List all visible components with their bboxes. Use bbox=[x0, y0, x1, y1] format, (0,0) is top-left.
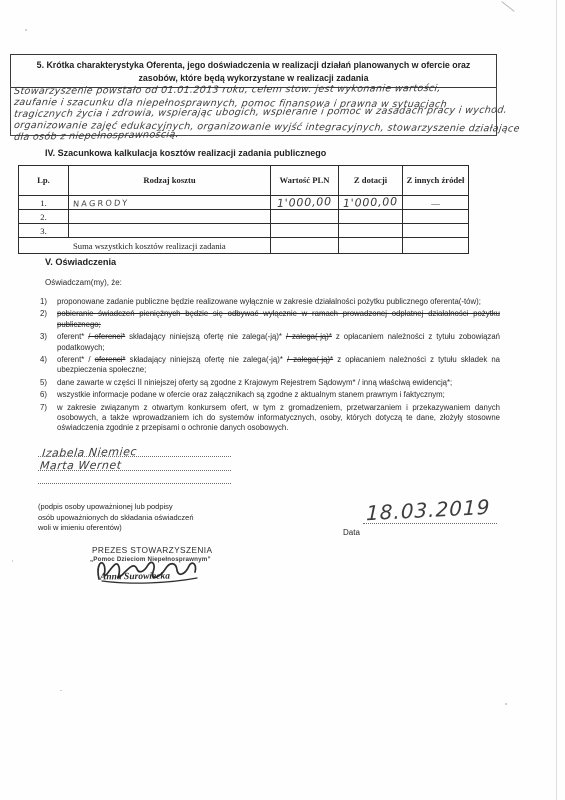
caption-line: (podpis osoby upoważnionej lub podpisy bbox=[38, 502, 194, 513]
handwritten-amount: 1'000,00 bbox=[277, 195, 332, 210]
row1-other: — bbox=[403, 196, 469, 210]
item-text: oferent* / oferenci* składający niniejsz… bbox=[57, 332, 500, 353]
declarations-list: 1) proponowane zadanie publiczne będzie … bbox=[40, 297, 500, 436]
declaration-item: 4) oferent* / oferenci* składający ninie… bbox=[40, 355, 500, 376]
table-sum-row: Suma wszystkich kosztów realizacji zadan… bbox=[19, 238, 469, 254]
section5-declarations-title: V. Oświadczenia bbox=[45, 257, 116, 267]
row3-grant bbox=[339, 224, 403, 238]
item-number: 3) bbox=[40, 332, 57, 353]
section4-title: IV. Szacunkowa kalkulacja kosztów realiz… bbox=[45, 148, 326, 158]
item-text: proponowane zadanie publiczne będzie rea… bbox=[57, 297, 500, 307]
signature-dotted-line bbox=[38, 470, 231, 471]
scan-speck bbox=[12, 560, 13, 562]
declaration-item: 6) wszystkie informacje podane w ofercie… bbox=[40, 390, 500, 400]
declaration-item: 5) dane zawarte w części II niniejszej o… bbox=[40, 378, 500, 388]
item-number: 5) bbox=[40, 378, 57, 388]
handwritten-date: 18.03.2019 bbox=[366, 495, 491, 526]
struck-text: / zalega(-ją)* bbox=[287, 355, 333, 364]
scanned-document-page: 5. Krótka charakterystyka Oferenta, jego… bbox=[0, 0, 565, 800]
handwritten-cost-entry: NAGRODY bbox=[73, 197, 130, 208]
text-segment: oferent* / bbox=[57, 355, 95, 364]
sum-grant bbox=[339, 238, 403, 254]
signature-caption: (podpis osoby upoważnionej lub podpisy o… bbox=[38, 502, 194, 534]
text-segment: składający niniejszą ofertę nie zalega(-… bbox=[125, 332, 286, 341]
row2-value bbox=[271, 210, 339, 224]
col-header-other-sources: Z innych źródeł bbox=[403, 166, 469, 196]
stamp-title: PREZES STOWARZYSZENIA bbox=[92, 545, 212, 555]
item-text: oferent* / oferenci* składający niniejsz… bbox=[57, 355, 500, 376]
caption-line: osób upoważnionych do składania oświadcz… bbox=[38, 513, 194, 524]
scan-speck bbox=[25, 29, 27, 31]
item-number: 4) bbox=[40, 355, 57, 376]
row2-lp: 2. bbox=[19, 210, 69, 224]
col-header-lp: Lp. bbox=[19, 166, 69, 196]
section5-title: 5. Krótka charakterystyka Oferenta, jego… bbox=[25, 59, 482, 84]
struck-text: / oferenci* bbox=[88, 332, 125, 341]
section5-handwritten-paragraph: Stowarzyszenie powstało od 01.01.2013 ro… bbox=[14, 86, 565, 143]
cost-table-header-row: Lp. Rodzaj kosztu Wartość PLN Z dotacji … bbox=[19, 166, 469, 196]
date-label: Data bbox=[343, 528, 360, 537]
row2-cost-type bbox=[69, 210, 271, 224]
text-segment: oferent* bbox=[57, 332, 88, 341]
text-segment: składający niniejszą ofertę nie zalega(-… bbox=[125, 355, 287, 364]
row1-value: 1'000,00 bbox=[271, 196, 339, 210]
row3-lp: 3. bbox=[19, 224, 69, 238]
handwritten-amount: 1'000,00 bbox=[343, 195, 398, 210]
struck-text: / zalega(-ją)* bbox=[286, 332, 332, 341]
row2-other bbox=[403, 210, 469, 224]
declaration-item: 7) w zakresie związanym z otwartym konku… bbox=[40, 403, 500, 434]
item-text: w zakresie związanym z otwartym konkurse… bbox=[57, 403, 500, 434]
handwritten-signature-name: Izabela Niemiec bbox=[41, 445, 137, 460]
table-row: 3. bbox=[19, 224, 469, 238]
struck-text: oferenci* bbox=[95, 355, 126, 364]
item-number: 7) bbox=[40, 403, 57, 434]
scan-speck bbox=[505, 703, 507, 705]
signature-dotted-line bbox=[38, 483, 231, 484]
table-row: 1. NAGRODY 1'000,00 1'000,00 — bbox=[19, 196, 469, 210]
signature-dotted-line bbox=[38, 456, 231, 457]
declarations-intro: Oświadczam(my), że: bbox=[45, 278, 122, 287]
item-text: pobieranie świadczeń pieniężnych będzie … bbox=[57, 309, 500, 330]
declaration-item: 3) oferent* / oferenci* składający ninie… bbox=[40, 332, 500, 353]
scan-corner-artifact bbox=[501, 1, 514, 12]
declaration-item: 2) pobieranie świadczeń pieniężnych będz… bbox=[40, 309, 500, 330]
cost-table: Lp. Rodzaj kosztu Wartość PLN Z dotacji … bbox=[18, 165, 469, 254]
col-header-grant: Z dotacji bbox=[339, 166, 403, 196]
scan-speck bbox=[60, 690, 62, 691]
struck-text: pobieranie świadczeń pieniężnych będzie … bbox=[57, 309, 500, 328]
item-text: dane zawarte w części II niniejszej ofer… bbox=[57, 378, 500, 388]
sum-other bbox=[403, 238, 469, 254]
sum-label: Suma wszystkich kosztów realizacji zadan… bbox=[19, 238, 271, 254]
row3-cost-type bbox=[69, 224, 271, 238]
row1-cost-type: NAGRODY bbox=[69, 196, 271, 210]
sum-value bbox=[271, 238, 339, 254]
item-number: 2) bbox=[40, 309, 57, 330]
row1-lp: 1. bbox=[19, 196, 69, 210]
row3-value bbox=[271, 224, 339, 238]
table-row: 2. bbox=[19, 210, 469, 224]
item-number: 1) bbox=[40, 297, 57, 307]
section5-handwriting-box: Stowarzyszenie powstało od 01.01.2013 ro… bbox=[10, 86, 497, 136]
item-number: 6) bbox=[40, 390, 57, 400]
printed-signatory-name: Anna Surowiecka bbox=[100, 572, 170, 583]
caption-line: woli w imieniu oferentów) bbox=[38, 523, 194, 534]
item-text: wszystkie informacje podane w ofercie or… bbox=[57, 390, 500, 400]
row2-grant bbox=[339, 210, 403, 224]
row1-grant: 1'000,00 bbox=[339, 196, 403, 210]
col-header-cost-type: Rodzaj kosztu bbox=[69, 166, 271, 196]
declaration-item: 1) proponowane zadanie publiczne będzie … bbox=[40, 297, 500, 307]
row3-other bbox=[403, 224, 469, 238]
col-header-value-pln: Wartość PLN bbox=[271, 166, 339, 196]
